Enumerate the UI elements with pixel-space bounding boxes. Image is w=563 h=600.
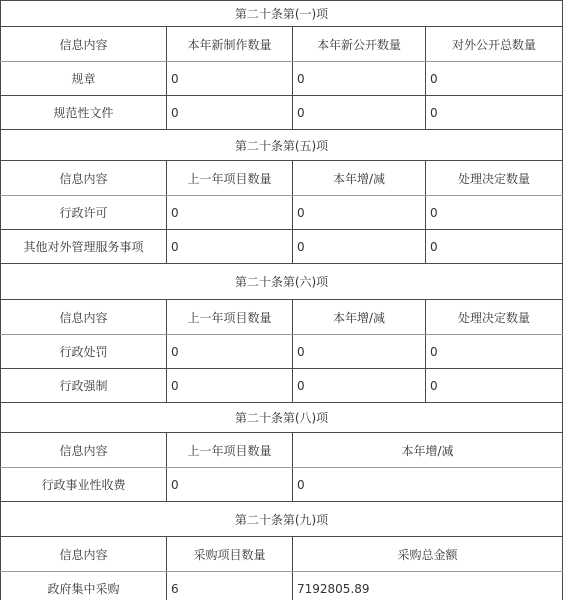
cell-value: 0: [167, 335, 293, 369]
section-title: 第二十条第(九)项: [1, 502, 563, 537]
section-title-row: 第二十条第(九)项: [1, 502, 563, 537]
cell-value: 0: [426, 335, 563, 369]
header-row: 信息内容 本年新制作数量 本年新公开数量 对外公开总数量: [1, 27, 563, 62]
cell-value: 0: [293, 369, 426, 403]
cell-value: 6: [167, 572, 293, 600]
column-header: 信息内容: [1, 537, 167, 572]
cell-value: 0: [426, 369, 563, 403]
cell-value: 0: [293, 230, 426, 264]
header-row: 信息内容 采购项目数量 采购总金额: [1, 537, 563, 572]
cell-value: 0: [426, 230, 563, 264]
header-row: 信息内容 上一年项目数量 本年增/减 处理决定数量: [1, 300, 563, 335]
row-label: 规章: [1, 62, 167, 96]
row-label: 行政许可: [1, 196, 167, 230]
table-row: 行政事业性收费 0 0: [1, 468, 563, 502]
column-header: 本年新公开数量: [293, 27, 426, 62]
column-header: 对外公开总数量: [426, 27, 563, 62]
section-title: 第二十条第(六)项: [1, 264, 563, 300]
column-header: 信息内容: [1, 27, 167, 62]
table-row: 规章 0 0 0: [1, 62, 563, 96]
column-header: 处理决定数量: [426, 300, 563, 335]
column-header: 信息内容: [1, 300, 167, 335]
cell-value: 0: [293, 62, 426, 96]
cell-value: 0: [426, 62, 563, 96]
cell-value: 0: [293, 196, 426, 230]
row-label: 行政处罚: [1, 335, 167, 369]
table-row: 其他对外管理服务事项 0 0 0: [1, 230, 563, 264]
column-header: 信息内容: [1, 433, 167, 468]
row-label: 政府集中采购: [1, 572, 167, 600]
table-row: 行政处罚 0 0 0: [1, 335, 563, 369]
cell-value: 0: [426, 96, 563, 130]
cell-value: 0: [167, 196, 293, 230]
column-header: 本年新制作数量: [167, 27, 293, 62]
section-title-row: 第二十条第(一)项: [1, 1, 563, 27]
cell-value: 7192805.89: [293, 572, 563, 600]
column-header: 采购总金额: [293, 537, 563, 572]
table-row: 行政强制 0 0 0: [1, 369, 563, 403]
column-header: 本年增/减: [293, 433, 563, 468]
section-title-row: 第二十条第(六)项: [1, 264, 563, 300]
column-header: 上一年项目数量: [167, 300, 293, 335]
section-title: 第二十条第(五)项: [1, 130, 563, 161]
cell-value: 0: [167, 62, 293, 96]
column-header: 本年增/减: [293, 161, 426, 196]
column-header: 本年增/减: [293, 300, 426, 335]
disclosure-report-table: 第二十条第(一)项 信息内容 本年新制作数量 本年新公开数量 对外公开总数量 规…: [0, 0, 563, 600]
row-label: 其他对外管理服务事项: [1, 230, 167, 264]
column-header: 采购项目数量: [167, 537, 293, 572]
table-row: 行政许可 0 0 0: [1, 196, 563, 230]
table-row: 规范性文件 0 0 0: [1, 96, 563, 130]
row-label: 规范性文件: [1, 96, 167, 130]
column-header: 上一年项目数量: [167, 161, 293, 196]
section-title: 第二十条第(八)项: [1, 403, 563, 433]
header-row: 信息内容 上一年项目数量 本年增/减: [1, 433, 563, 468]
cell-value: 0: [293, 96, 426, 130]
header-row: 信息内容 上一年项目数量 本年增/减 处理决定数量: [1, 161, 563, 196]
cell-value: 0: [167, 96, 293, 130]
section-title-row: 第二十条第(八)项: [1, 403, 563, 433]
cell-value: 0: [426, 196, 563, 230]
column-header: 信息内容: [1, 161, 167, 196]
cell-value: 0: [167, 369, 293, 403]
row-label: 行政事业性收费: [1, 468, 167, 502]
section-title-row: 第二十条第(五)项: [1, 130, 563, 161]
column-header: 上一年项目数量: [167, 433, 293, 468]
table-row: 政府集中采购 6 7192805.89: [1, 572, 563, 600]
cell-value: 0: [167, 468, 293, 502]
column-header: 处理决定数量: [426, 161, 563, 196]
section-title: 第二十条第(一)项: [1, 1, 563, 27]
row-label: 行政强制: [1, 369, 167, 403]
cell-value: 0: [293, 468, 563, 502]
cell-value: 0: [293, 335, 426, 369]
cell-value: 0: [167, 230, 293, 264]
